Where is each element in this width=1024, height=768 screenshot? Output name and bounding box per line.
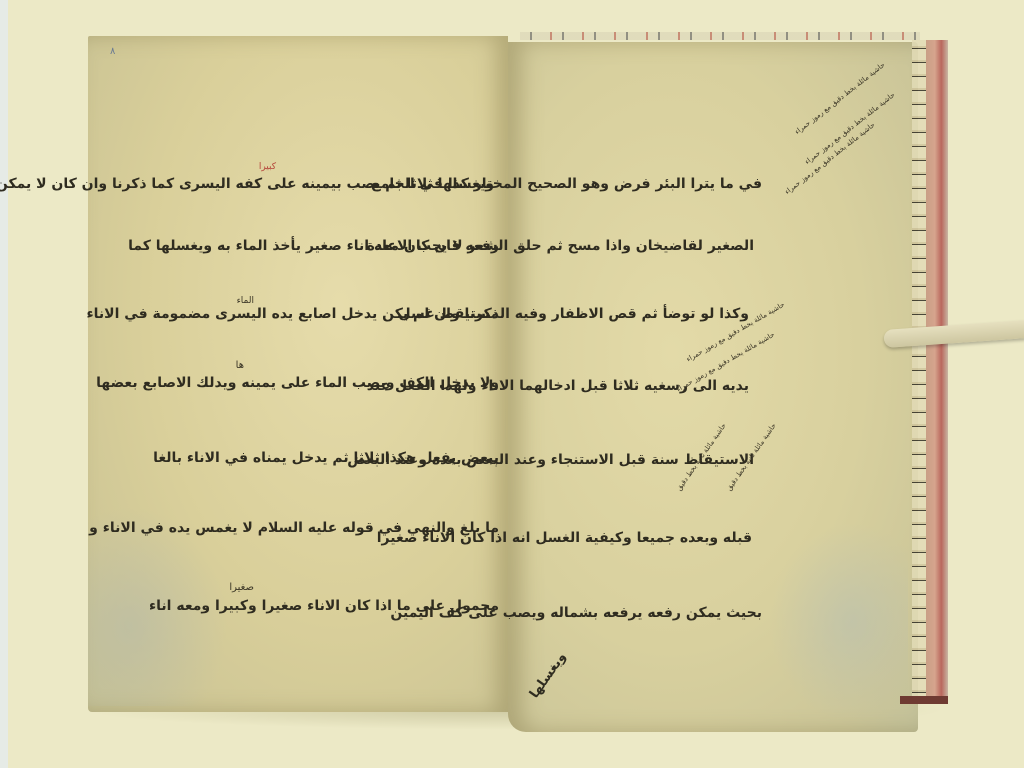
right-line-6: قبله وبعده جميعا وكيفية الغسل انه اذا كا… (377, 530, 752, 546)
right-line-2: الصغير لقاضيخان واذا مسح ثم حلق الشعر لا… (367, 238, 754, 254)
left-line-3-interlinear: الماء (237, 296, 254, 306)
left-line-7-interlinear: صغيرا (229, 582, 254, 593)
folio-pencil-mark: ٨ (110, 46, 115, 57)
left-line-1-interlinear: كبيرا (259, 162, 276, 172)
left-line-4-interlinear: ها (236, 360, 244, 371)
cover-edge (926, 40, 948, 704)
cover-corner (900, 696, 948, 704)
right-line-3: وكذا لو توضأ ثم قص الاظفار وفيه المستيقظ… (399, 306, 749, 322)
fore-edge-pages (912, 40, 926, 700)
background-edge (0, 0, 8, 768)
right-line-1: في ما يترا البئر فرض وهو الصحيح المختار … (371, 176, 762, 192)
top-page-edges (520, 32, 920, 40)
right-line-7: بحيث يمكن رفعه يرفعه بشماله ويصب على كف … (390, 605, 762, 621)
